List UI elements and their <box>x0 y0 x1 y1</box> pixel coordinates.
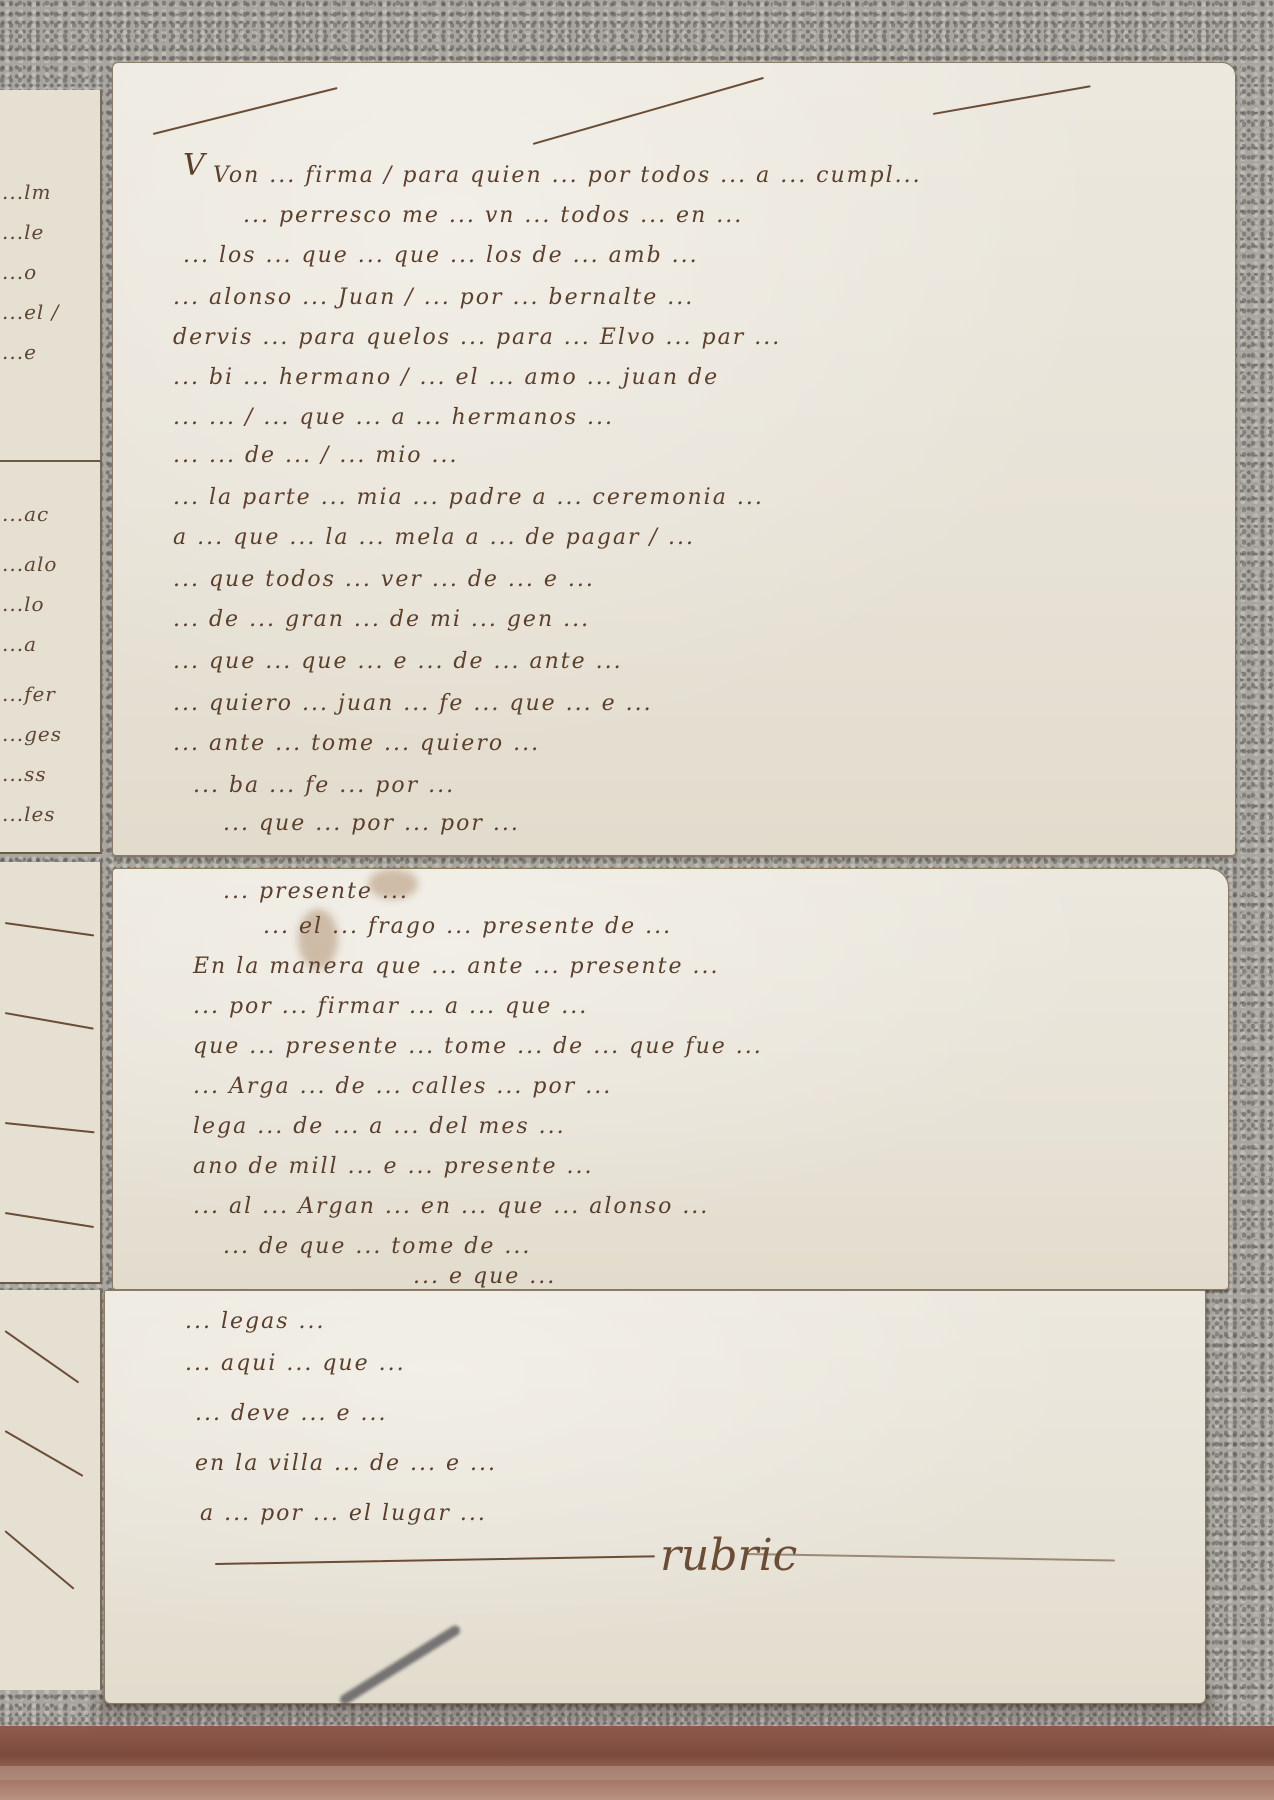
script-line: Von ... firma / para quien ... por todos… <box>213 163 922 188</box>
initial-letter: V <box>183 148 205 183</box>
ink-flourish <box>215 1555 655 1565</box>
script-line: ... ... / ... que ... a ... hermanos ... <box>173 405 614 430</box>
ink-flourish <box>533 77 764 145</box>
left-fragment: ...a <box>2 632 37 656</box>
script-line: ... legas ... <box>185 1309 326 1334</box>
ink-flourish <box>4 1330 79 1383</box>
script-line: ... Arga ... de ... calles ... por ... <box>193 1074 612 1099</box>
script-line: que ... presente ... tome ... de ... que… <box>193 1034 763 1059</box>
script-line: ... deve ... e ... <box>195 1401 387 1426</box>
left-fragment: ...el / <box>2 300 59 324</box>
script-line: ... que todos ... ver ... de ... e ... <box>173 567 595 592</box>
left-fragment: ...ges <box>2 722 62 746</box>
left-fragment: ...fer <box>2 682 56 706</box>
script-line: ... al ... Argan ... en ... que ... alon… <box>193 1194 709 1219</box>
script-line: ... de ... gran ... de mi ... gen ... <box>173 607 590 632</box>
script-line: ... perresco me ... vn ... todos ... en … <box>243 203 743 228</box>
script-line: En la manera que ... ante ... presente .… <box>193 954 719 979</box>
manuscript-panel-bottom: ... legas ... ... aqui ... que ... ... d… <box>104 1290 1206 1704</box>
ink-flourish <box>933 85 1091 115</box>
manuscript-panel-middle: ... presente ... ... el ... frago ... pr… <box>112 868 1229 1290</box>
ink-flourish <box>5 1122 95 1133</box>
ink-flourish <box>5 922 94 937</box>
ink-flourish <box>153 87 338 135</box>
script-line: ... bi ... hermano / ... el ... amo ... … <box>173 365 719 390</box>
left-fragment: ...ss <box>2 762 47 786</box>
manuscript-panel-top: V Von ... firma / para quien ... por tod… <box>112 62 1236 856</box>
wood-grain <box>0 1766 1274 1780</box>
script-line: ... el ... frago ... presente de ... <box>263 914 672 939</box>
left-fragment: ...e <box>2 340 37 364</box>
ink-flourish <box>745 1553 1115 1561</box>
script-line: ... por ... firmar ... a ... que ... <box>193 994 588 1019</box>
left-page-panel-3 <box>0 862 102 1284</box>
script-line: ... presente ... <box>223 879 409 904</box>
left-page-panel-4 <box>0 1290 102 1690</box>
left-fragment: ...alo <box>2 552 57 576</box>
script-line: ... aqui ... que ... <box>185 1351 406 1376</box>
script-line: ... e que ... <box>413 1264 556 1289</box>
script-line: ... que ... que ... e ... de ... ante ..… <box>173 649 623 674</box>
left-fragment: ...ac <box>2 502 49 526</box>
script-line: a ... por ... el lugar ... <box>200 1501 487 1526</box>
script-line: ... que ... por ... por ... <box>223 811 520 836</box>
script-line: a ... que ... la ... mela a ... de pagar… <box>173 525 695 550</box>
script-line: en la villa ... de ... e ... <box>195 1451 497 1476</box>
left-fragment: ...o <box>2 260 37 284</box>
script-line: ... ante ... tome ... quiero ... <box>173 731 540 756</box>
ink-flourish <box>5 1212 94 1228</box>
script-line: ... ba ... fe ... por ... <box>193 773 455 798</box>
ink-flourish <box>4 1530 74 1589</box>
script-line: ... los ... que ... que ... los de ... a… <box>183 243 699 268</box>
script-line: ano de mill ... e ... presente ... <box>193 1154 593 1179</box>
left-fragment: ...lm <box>2 180 51 204</box>
script-line: ... la parte ... mia ... padre a ... cer… <box>173 485 764 510</box>
wooden-ledge <box>0 1726 1274 1800</box>
left-page-panel-2: ...ac ...alo ...lo ...a ...fer ...ges ..… <box>0 462 102 854</box>
ink-flourish <box>5 1430 84 1477</box>
ink-flourish <box>5 1012 94 1030</box>
left-fragment: ...le <box>2 220 44 244</box>
script-line: ... alonso ... Juan / ... por ... bernal… <box>173 285 694 310</box>
script-line: ... quiero ... juan ... fe ... que ... e… <box>173 691 653 716</box>
script-line: ... ... de ... / ... mio ... <box>173 443 459 468</box>
left-page-panel-1: ...lm ...le ...o ...el / ...e <box>0 90 102 462</box>
left-fragment: ...lo <box>2 592 45 616</box>
notary-signature-rubric: rubric <box>660 1530 797 1581</box>
left-fragment: ...les <box>2 802 56 826</box>
script-line: dervis ... para quelos ... para ... Elvo… <box>173 325 781 350</box>
script-line: ... de que ... tome de ... <box>223 1234 531 1259</box>
script-line: lega ... de ... a ... del mes ... <box>193 1114 566 1139</box>
